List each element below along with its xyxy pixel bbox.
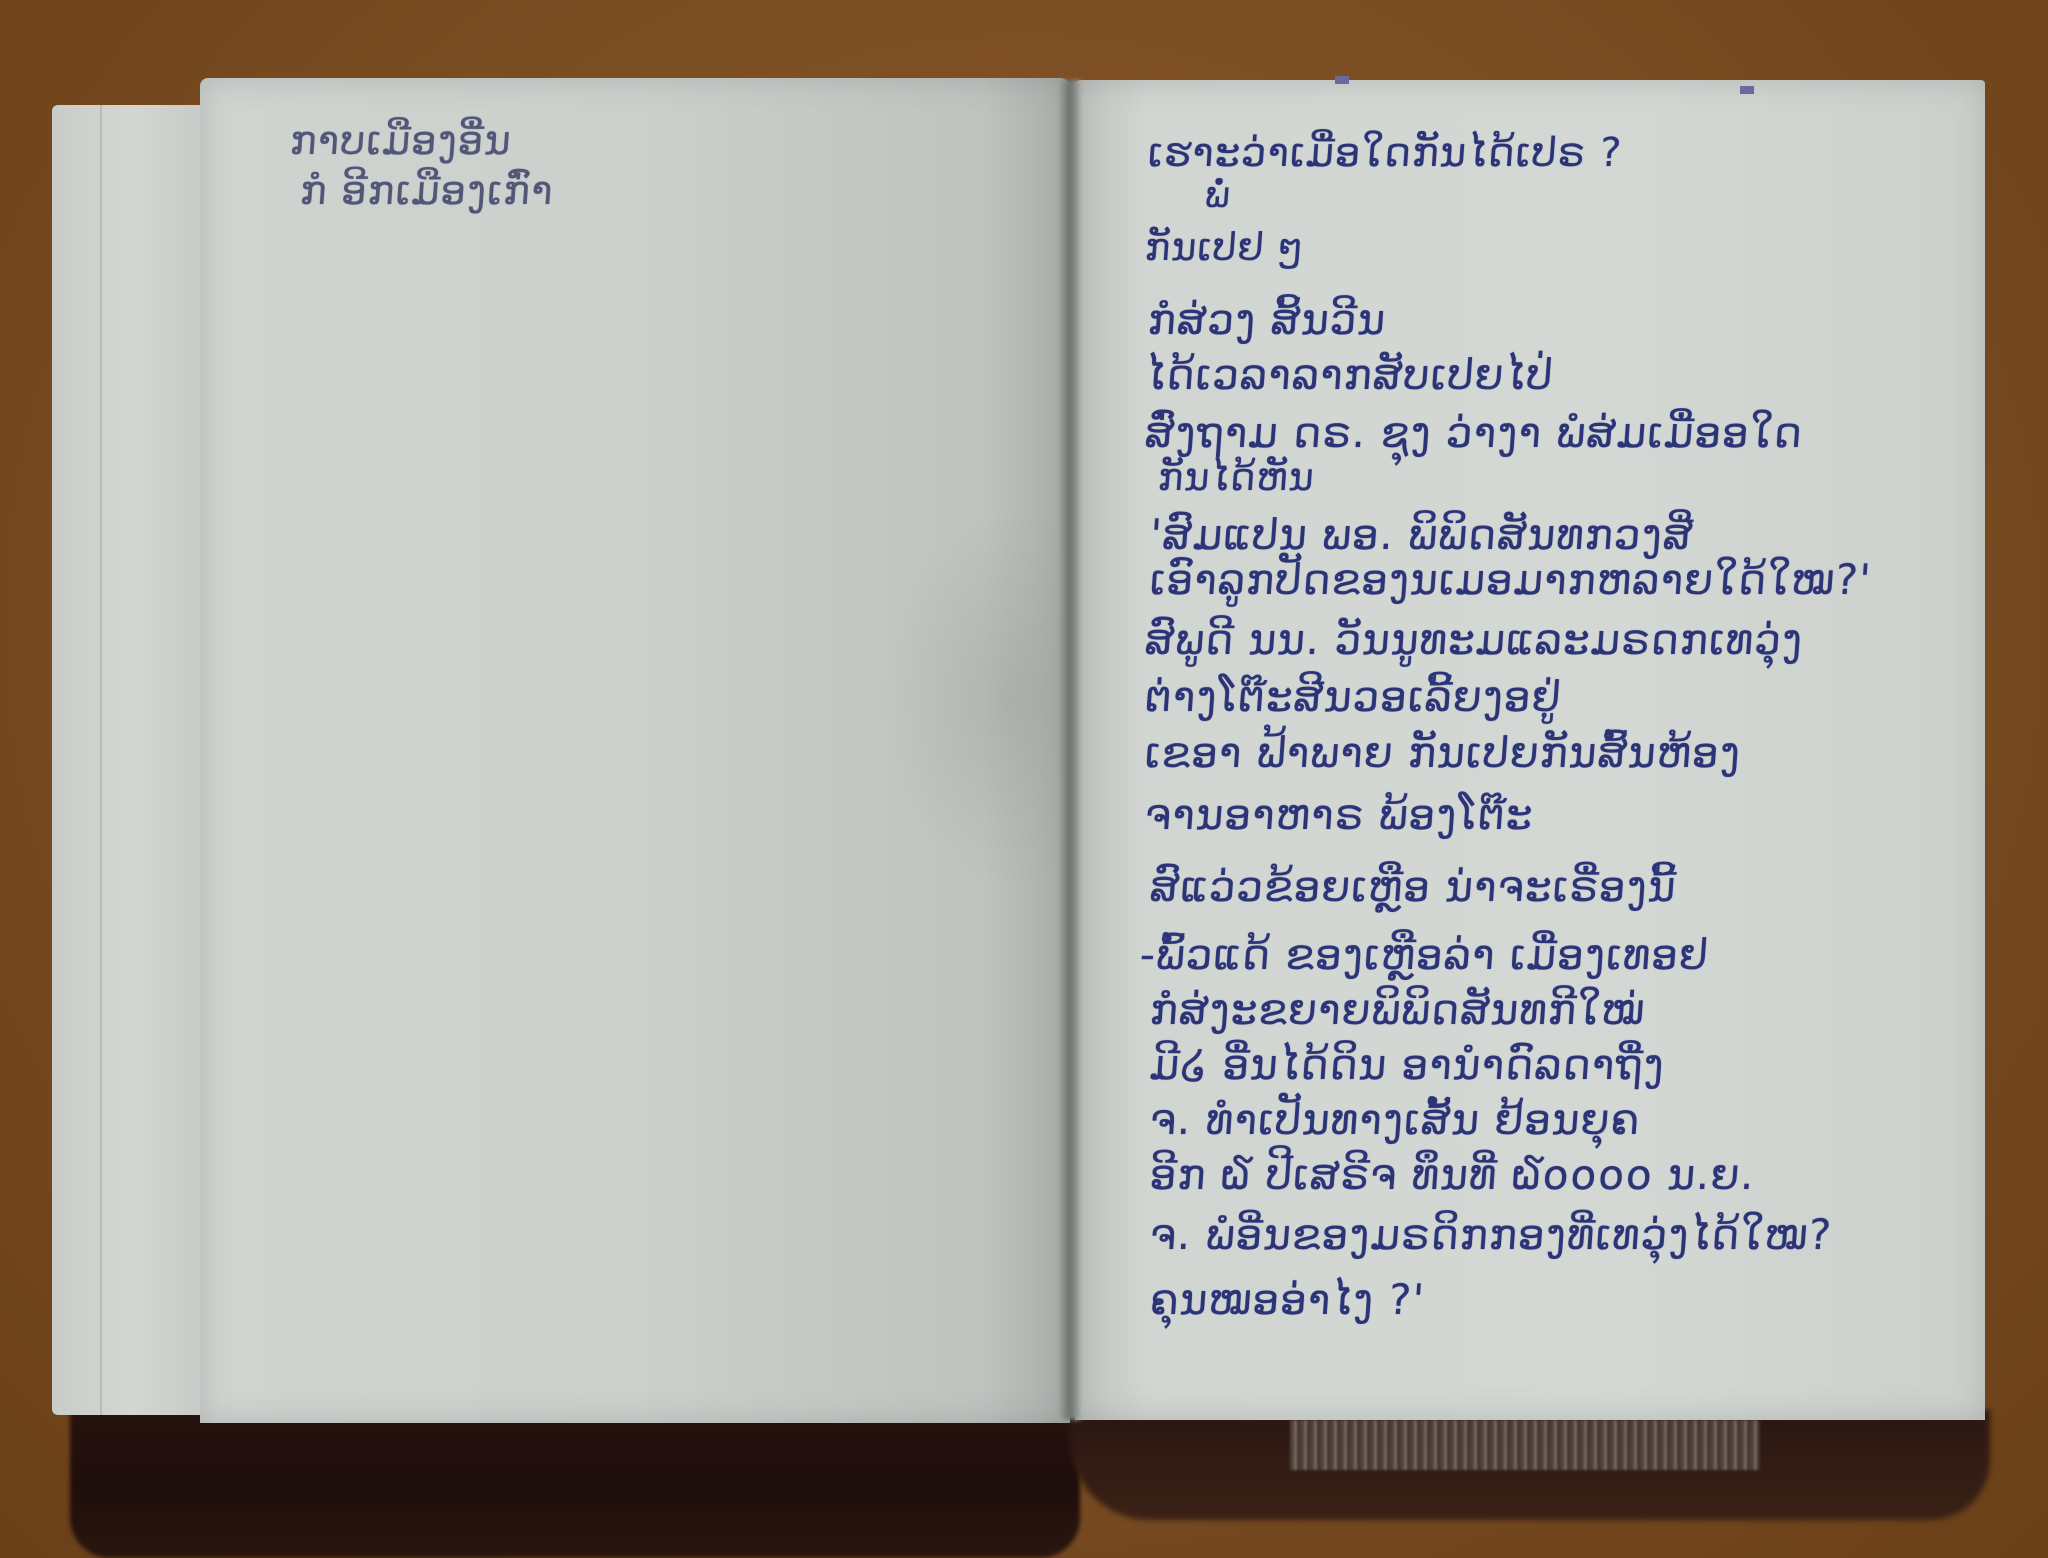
page-edges [1290,1420,1760,1470]
bookmark-tab [1740,86,1754,94]
handwritten-line: 'ສົມແປນ ພອ. ພິພິດສັນທກວງສີ່ [1148,510,1695,559]
handwritten-line: -ພົ້ວແດ້ ຂອງເຫຼືອລ່າ ເມື່ອງເທອຢ [1138,930,1710,979]
handwritten-line: ກາບເມືອງອື່ນ [288,118,513,164]
handwritten-line: ອີກ ໖ ປີເສຣີຈ ທຶນທີ່ ໖໐໐໐໐ ນ.ຍ. [1148,1150,1756,1199]
handwritten-line: ກັນເປຢ ໆ [1143,225,1305,269]
handwritten-line: ເຮາະວ່າເມື່ອໃດກັນໄດ້ເປຣ ? [1146,130,1623,176]
book-spine [1060,80,1080,1420]
bookmark-tab [1335,76,1349,84]
handwritten-line: ພໍ່ [1204,175,1233,216]
handwritten-line: ຕ່າງໂຕ໊ະສີນວອເລີ້ຍງອຢູ່ [1143,672,1563,721]
handwritten-line: ສົພູດີ ນນ. ວັນນູທະມແລະມຣດກເທວຸ່ງ [1143,615,1805,664]
handwritten-line: ສົ່ງຖາມ ດຣ. ຊຸງ ວ່າງາ ພໍສ່ມເມື່ອອໃດ [1143,408,1804,457]
left-page [200,78,1070,1423]
page-stack-crease [100,105,102,1415]
handwritten-line: ກັນໄດ້ຫັນ [1156,455,1316,499]
handwritten-line: ເຂອາ ຟ້າພາຍ ກັນເປຍກັນສົ້ນຫ້ອງ [1143,728,1743,777]
handwritten-line: ກໍສ່ງະຂຍາຍພິພິດສັນທກີໃໝ່ [1148,985,1647,1034]
handwritten-line: ເອົາລູກປັດຂອງນເມອມາກຫລາຍໃດ້ໃໝ?' [1148,555,1873,604]
handwritten-line: ກໍສ່ວງ ສິ້ນວີນ [1146,295,1388,344]
handwritten-line: ສົແວ່ວຂ້ອຍເຫຼືອ ນ່າຈະເຣື່ອງນີ້ [1148,862,1678,911]
handwritten-line: ມີ໒ ອື່ນໄດ້ດິນ ອານໍາດົລດາຖື່ງ [1148,1040,1666,1089]
handwritten-line: ຈານອາຫາຣ ພ້ອງໂຕ໊ະ [1143,790,1535,839]
photo-scene: ກາບເມືອງອື່ນ ກໍ ອີກເມືອງເກົ່າ ເຮາະວ່າເມື… [0,0,2048,1558]
handwritten-line: ຈ. ທໍາເປັນທາງເສັ້ນ ຢ້ອນຍຸຄ [1148,1095,1642,1144]
handwritten-line: ກໍ ອີກເມືອງເກົ່າ [298,168,555,214]
handwritten-line: ຄຸນໝອອ່າໄງ ?' [1148,1275,1426,1324]
handwritten-line: ຈ. ພໍອີ່ນຂອງມຣດິກກອງທີ່ເທວຸ່ງໄດ້ໃໝ? [1148,1210,1833,1259]
handwritten-line: ໄດ້ເວລາລາກສັບເປຍໄປ່ [1143,350,1555,399]
left-page-stack [52,105,212,1415]
